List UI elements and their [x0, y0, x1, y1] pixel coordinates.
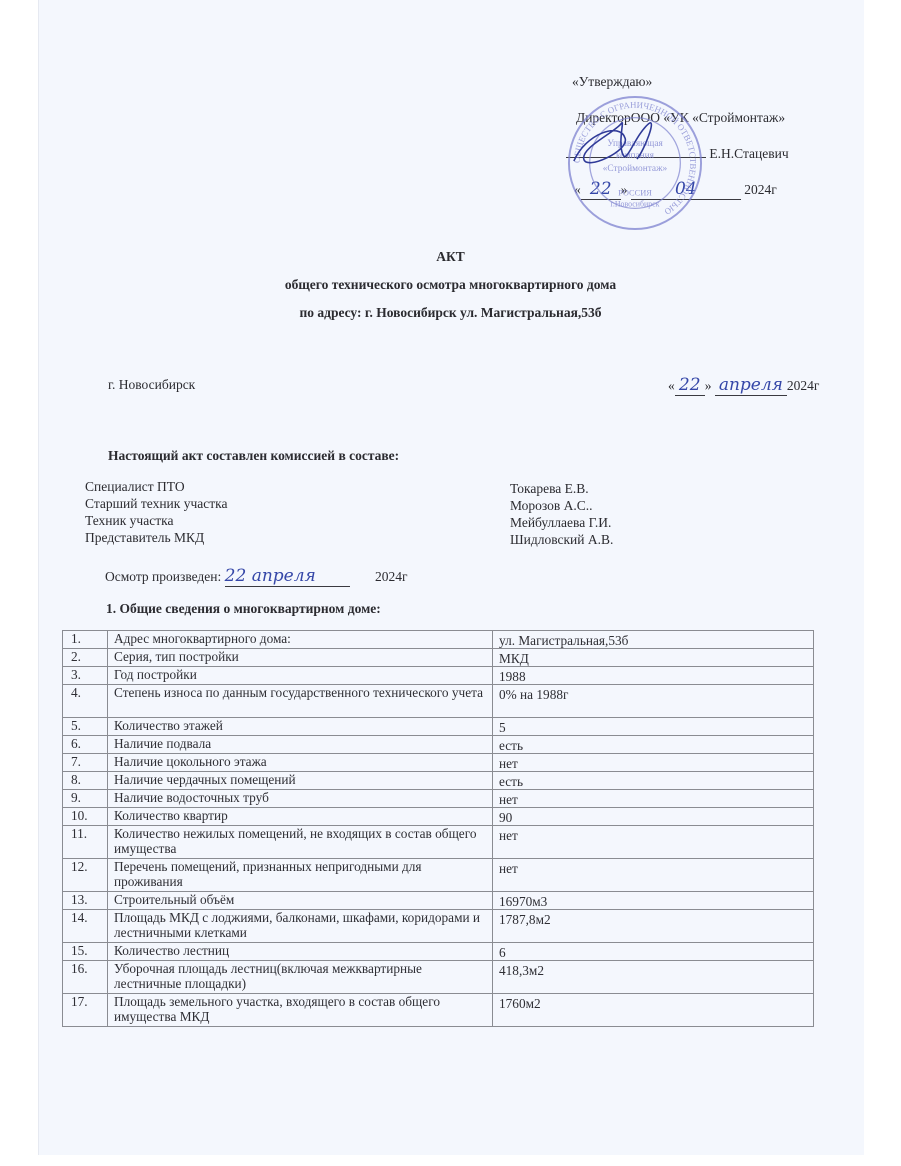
document-title: АКТ	[0, 249, 901, 265]
commission-intro: Настоящий акт составлен комиссией в сост…	[108, 448, 399, 464]
row-number: 9.	[63, 790, 108, 808]
inspection-date-line: Осмотр произведен: 22 апреля 2024г	[105, 566, 408, 587]
row-label: Количество квартир	[108, 808, 493, 826]
row-value: нет	[493, 754, 814, 772]
table-row: 15.Количество лестниц6	[63, 943, 814, 961]
row-number: 13.	[63, 892, 108, 910]
svg-text:«Строймонтаж»: «Строймонтаж»	[603, 163, 668, 174]
table-row: 9.Наличие водосточных трубнет	[63, 790, 814, 808]
place-city: г. Новосибирск	[108, 377, 195, 393]
row-label: Количество лестниц	[108, 943, 493, 961]
table-row: 8.Наличие чердачных помещенийесть	[63, 772, 814, 790]
row-number: 3.	[63, 667, 108, 685]
inspection-label: Осмотр произведен:	[105, 569, 221, 584]
document-address: по адресу: г. Новосибирск ул. Магистраль…	[0, 305, 901, 321]
section1-title: 1. Общие сведения о многоквартирном доме…	[106, 601, 381, 617]
row-label: Перечень помещений, признанных непригодн…	[108, 859, 493, 892]
row-label: Площадь МКД с лоджиями, балконами, шкафа…	[108, 910, 493, 943]
row-number: 4.	[63, 685, 108, 718]
row-value: 90	[493, 808, 814, 826]
row-label: Наличие водосточных труб	[108, 790, 493, 808]
table-row: 4.Степень износа по данным государственн…	[63, 685, 814, 718]
place-year: 2024г	[787, 378, 820, 393]
row-label: Адрес многоквартирного дома:	[108, 631, 493, 649]
commission-name: Мейбуллаева Г.И.	[510, 514, 613, 531]
row-number: 17.	[63, 994, 108, 1027]
commission-role: Представитель МКД	[85, 529, 227, 546]
row-label: Наличие подвала	[108, 736, 493, 754]
row-number: 2.	[63, 649, 108, 667]
stamp-icon: ОБЩЕСТВО С ОГРАНИЧЕННОЙ ОТВЕТСТВЕННОСТЬЮ…	[566, 94, 704, 232]
row-value: есть	[493, 772, 814, 790]
table-row: 13.Строительный объём16970м3	[63, 892, 814, 910]
row-value: 1988	[493, 667, 814, 685]
row-label: Наличие цокольного этажа	[108, 754, 493, 772]
row-number: 14.	[63, 910, 108, 943]
place-day-handwritten: 22	[675, 375, 705, 396]
svg-text:г.Новосибирск: г.Новосибирск	[611, 199, 660, 208]
row-number: 11.	[63, 826, 108, 859]
table-row: 16.Уборочная площадь лестниц(включая меж…	[63, 961, 814, 994]
row-number: 12.	[63, 859, 108, 892]
row-number: 7.	[63, 754, 108, 772]
approval-signer: Е.Н.Стацевич	[709, 146, 788, 161]
table-row: 5.Количество этажей5	[63, 718, 814, 736]
row-value: 0% на 1988г	[493, 685, 814, 718]
row-number: 5.	[63, 718, 108, 736]
commission-name: Токарева Е.В.	[510, 480, 613, 497]
row-label: Площадь земельного участка, входящего в …	[108, 994, 493, 1027]
row-label: Строительный объём	[108, 892, 493, 910]
building-info-table: 1.Адрес многоквартирного дома:ул. Магист…	[62, 630, 814, 1027]
company-stamp: ОБЩЕСТВО С ОГРАНИЧЕННОЙ ОТВЕТСТВЕННОСТЬЮ…	[566, 94, 704, 232]
row-value: ул. Магистральная,53б	[493, 631, 814, 649]
table-row: 17.Площадь земельного участка, входящего…	[63, 994, 814, 1027]
document-subtitle: общего технического осмотра многоквартир…	[0, 277, 901, 293]
row-value: 1787,8м2	[493, 910, 814, 943]
table-row: 11.Количество нежилых помещений, не вход…	[63, 826, 814, 859]
svg-text:РОССИЯ: РОССИЯ	[618, 189, 652, 198]
row-value: 6	[493, 943, 814, 961]
row-value: нет	[493, 790, 814, 808]
row-value: 5	[493, 718, 814, 736]
inspection-date-handwritten: 22 апреля	[225, 566, 350, 587]
commission-role: Техник участка	[85, 512, 227, 529]
place-month-handwritten: апреля	[715, 375, 787, 396]
place-date: «22» апреля2024г	[668, 375, 819, 396]
row-label: Количество нежилых помещений, не входящи…	[108, 826, 493, 859]
inspection-year: 2024г	[375, 569, 408, 584]
table-row: 10.Количество квартир90	[63, 808, 814, 826]
table-row: 14.Площадь МКД с лоджиями, балконами, шк…	[63, 910, 814, 943]
row-label: Уборочная площадь лестниц(включая межква…	[108, 961, 493, 994]
commission-role: Старший техник участка	[85, 495, 227, 512]
row-label: Количество этажей	[108, 718, 493, 736]
row-value: МКД	[493, 649, 814, 667]
row-value: 418,3м2	[493, 961, 814, 994]
commission-names: Токарева Е.В. Морозов А.С.. Мейбуллаева …	[510, 480, 613, 548]
row-number: 1.	[63, 631, 108, 649]
row-label: Степень износа по данным государственног…	[108, 685, 493, 718]
row-value: 1760м2	[493, 994, 814, 1027]
table-row: 12.Перечень помещений, признанных неприг…	[63, 859, 814, 892]
row-number: 6.	[63, 736, 108, 754]
table-row: 3.Год постройки1988	[63, 667, 814, 685]
row-number: 15.	[63, 943, 108, 961]
table-row: 6.Наличие подвалаесть	[63, 736, 814, 754]
approval-title: «Утверждаю»	[572, 74, 652, 90]
commission-name: Шидловский А.В.	[510, 531, 613, 548]
row-number: 16.	[63, 961, 108, 994]
row-number: 10.	[63, 808, 108, 826]
table-row: 7.Наличие цокольного этажанет	[63, 754, 814, 772]
commission-role: Специалист ПТО	[85, 478, 227, 495]
commission-name: Морозов А.С..	[510, 497, 613, 514]
row-label: Наличие чердачных помещений	[108, 772, 493, 790]
row-value: нет	[493, 859, 814, 892]
row-value: нет	[493, 826, 814, 859]
row-value: есть	[493, 736, 814, 754]
row-label: Серия, тип постройки	[108, 649, 493, 667]
commission-roles: Специалист ПТО Старший техник участка Те…	[85, 478, 227, 546]
approval-year: 2024г	[744, 182, 777, 197]
row-label: Год постройки	[108, 667, 493, 685]
table-row: 1.Адрес многоквартирного дома:ул. Магист…	[63, 631, 814, 649]
row-value: 16970м3	[493, 892, 814, 910]
row-number: 8.	[63, 772, 108, 790]
table-row: 2.Серия, тип постройкиМКД	[63, 649, 814, 667]
